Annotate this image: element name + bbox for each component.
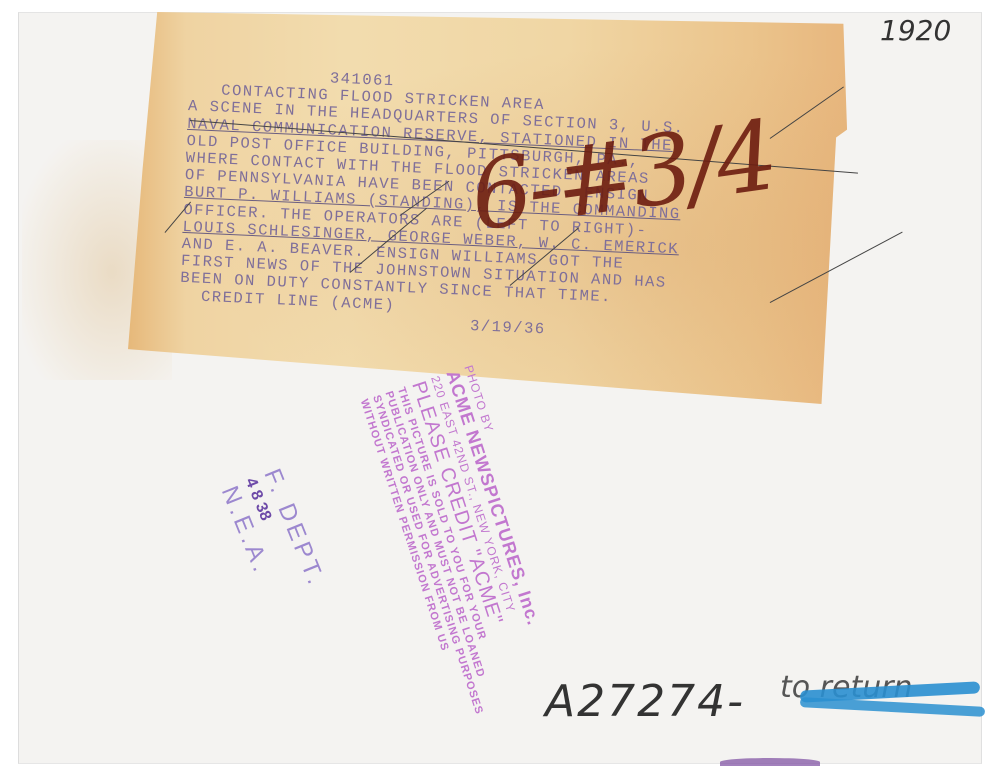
- purple-ink-smudge: [720, 758, 820, 766]
- catalog-number: A27274-: [545, 676, 745, 727]
- year-annotation: 1920: [880, 14, 951, 47]
